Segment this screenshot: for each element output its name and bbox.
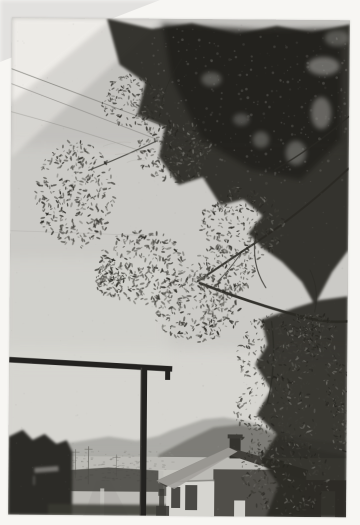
scanned-photo-page: { "photo": { "description": "Black-and-w… — [0, 0, 360, 525]
house-window — [185, 485, 197, 510]
gate-post — [234, 500, 245, 516]
photo — [8, 18, 350, 518]
photo-svg — [8, 18, 350, 518]
beam-end-stub — [165, 369, 170, 380]
house-window — [171, 487, 180, 508]
